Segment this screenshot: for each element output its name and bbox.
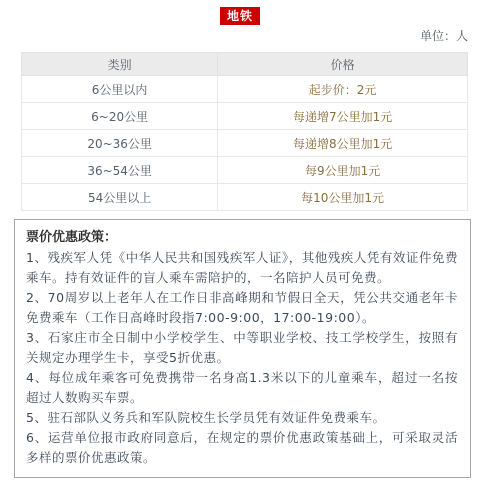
policy-box: 票价优惠政策： 1、残疾军人凭《中华人民共和国残疾军人证》，其他残疾人凭有效证件… <box>14 219 471 478</box>
subway-fare-page: 地铁 单位：人 类别 价格 6公里以内 起步价：2元 6~20公里 每递增7公里… <box>0 0 480 480</box>
table-row: 6~20公里 每递增7公里加1元 <box>22 103 468 130</box>
policy-item-6: 6、运营单位报市政府同意后，在规定的票价优惠政策基础上，可采取灵活多样的票价优惠… <box>26 428 458 468</box>
column-header-price: 价格 <box>218 53 468 76</box>
section-title-badge: 地铁 <box>220 7 260 25</box>
price-cell: 每递增7公里加1元 <box>218 103 468 130</box>
category-cell: 54公里以上 <box>22 184 218 211</box>
policy-title: 票价优惠政策： <box>26 227 458 248</box>
policy-item-1: 1、残疾军人凭《中华人民共和国残疾军人证》，其他残疾人凭有效证件免费乘车。持有效… <box>26 248 458 288</box>
price-cell: 每递增8公里加1元 <box>218 130 468 157</box>
unit-label: 单位：人 <box>0 27 480 45</box>
table-row: 54公里以上 每10公里加1元 <box>22 184 468 211</box>
policy-item-4: 4、每位成年乘客可免费携带一名身高1.3米以下的儿童乘车，超过一名按超过人数购买… <box>26 368 458 408</box>
table-row: 6公里以内 起步价：2元 <box>22 76 468 103</box>
policy-item-5: 5、驻石部队义务兵和军队院校生长学员凭有效证件免费乘车。 <box>26 408 458 428</box>
policy-item-3: 3、石家庄市全日制中小学校学生、中等职业学校、技工学校学生，按照有关规定办理学生… <box>26 328 458 368</box>
price-cell: 每9公里加1元 <box>218 157 468 184</box>
category-cell: 36~54公里 <box>22 157 218 184</box>
column-header-category: 类别 <box>22 53 218 76</box>
policy-item-2: 2、70周岁以上老年人在工作日非高峰期和节假日全天，凭公共交通老年卡免费乘车（工… <box>26 288 458 328</box>
fare-table: 类别 价格 6公里以内 起步价：2元 6~20公里 每递增7公里加1元 20~3… <box>21 52 468 211</box>
category-cell: 6~20公里 <box>22 103 218 130</box>
table-row: 36~54公里 每9公里加1元 <box>22 157 468 184</box>
category-cell: 20~36公里 <box>22 130 218 157</box>
page-header: 地铁 <box>0 0 480 24</box>
table-row: 20~36公里 每递增8公里加1元 <box>22 130 468 157</box>
table-header-row: 类别 价格 <box>22 53 468 76</box>
price-cell: 起步价：2元 <box>218 76 468 103</box>
category-cell: 6公里以内 <box>22 76 218 103</box>
price-cell: 每10公里加1元 <box>218 184 468 211</box>
